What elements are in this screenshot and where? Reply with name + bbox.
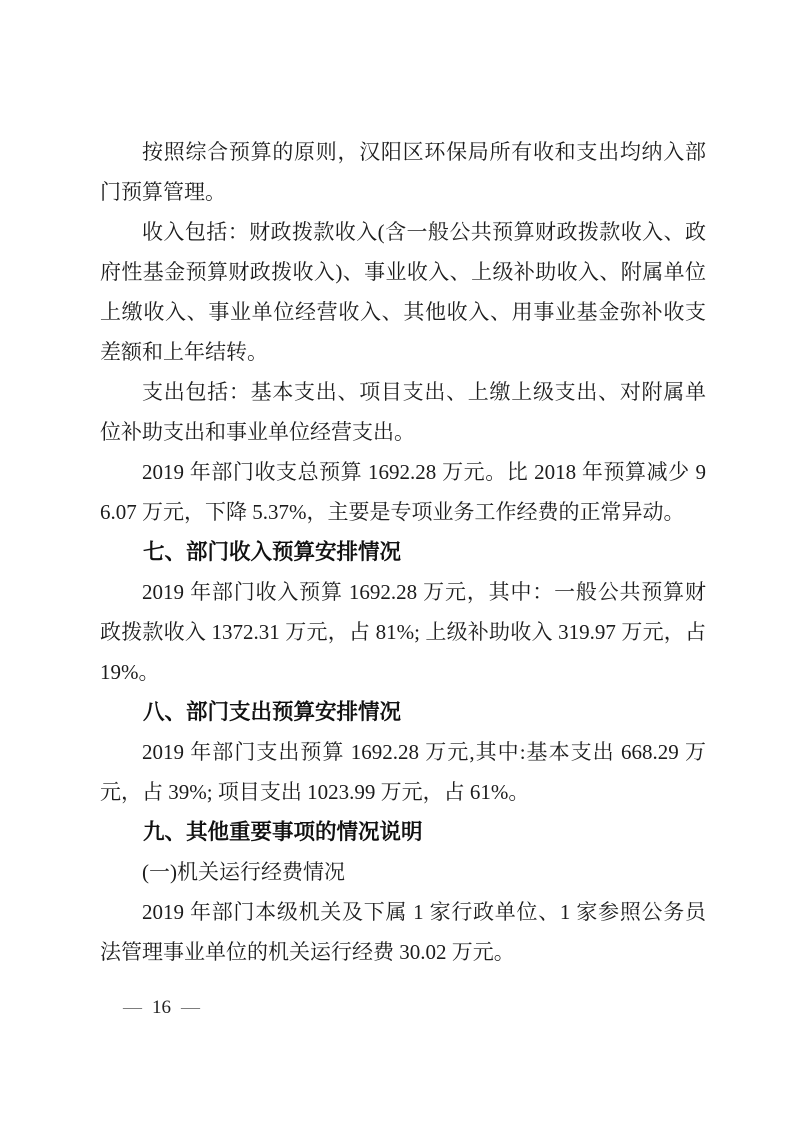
footer-dash-left: —: [121, 997, 144, 1018]
paragraph-income-detail: 2019 年部门收入预算 1692.28 万元，其中：一般公共预算财政拨款收入 …: [100, 572, 706, 692]
section-heading-other-matters: 九、其他重要事项的情况说明: [100, 812, 706, 852]
paragraph-total-budget: 2019 年部门收支总预算 1692.28 万元。比 2018 年预算减少 96…: [100, 452, 706, 532]
paragraph-operating-expense-detail: 2019 年部门本级机关及下属 1 家行政单位、1 家参照公务员法管理事业单位的…: [100, 892, 706, 972]
section-heading-expense-arrangement: 八、部门支出预算安排情况: [100, 692, 706, 732]
section-heading-income-arrangement: 七、部门收入预算安排情况: [100, 532, 706, 572]
page-number: 16: [144, 997, 179, 1018]
page-footer: —16—: [121, 996, 202, 1020]
footer-dash-right: —: [179, 997, 202, 1018]
paragraph-income-includes: 收入包括：财政拨款收入(含一般公共预算财政拨款收入、政府性基金预算财政拨收入)、…: [100, 212, 706, 372]
document-page: 按照综合预算的原则，汉阳区环保局所有收和支出均纳入部门预算管理。 收入包括：财政…: [0, 0, 793, 1122]
document-body: 按照综合预算的原则，汉阳区环保局所有收和支出均纳入部门预算管理。 收入包括：财政…: [100, 132, 706, 972]
paragraph-expense-includes: 支出包括：基本支出、项目支出、上缴上级支出、对附属单位补助支出和事业单位经营支出…: [100, 372, 706, 452]
subheading-operating-expense: (一)机关运行经费情况: [100, 852, 706, 892]
paragraph-expense-detail: 2019 年部门支出预算 1692.28 万元,其中:基本支出 668.29 万…: [100, 732, 706, 812]
paragraph-budget-principle: 按照综合预算的原则，汉阳区环保局所有收和支出均纳入部门预算管理。: [100, 132, 706, 212]
